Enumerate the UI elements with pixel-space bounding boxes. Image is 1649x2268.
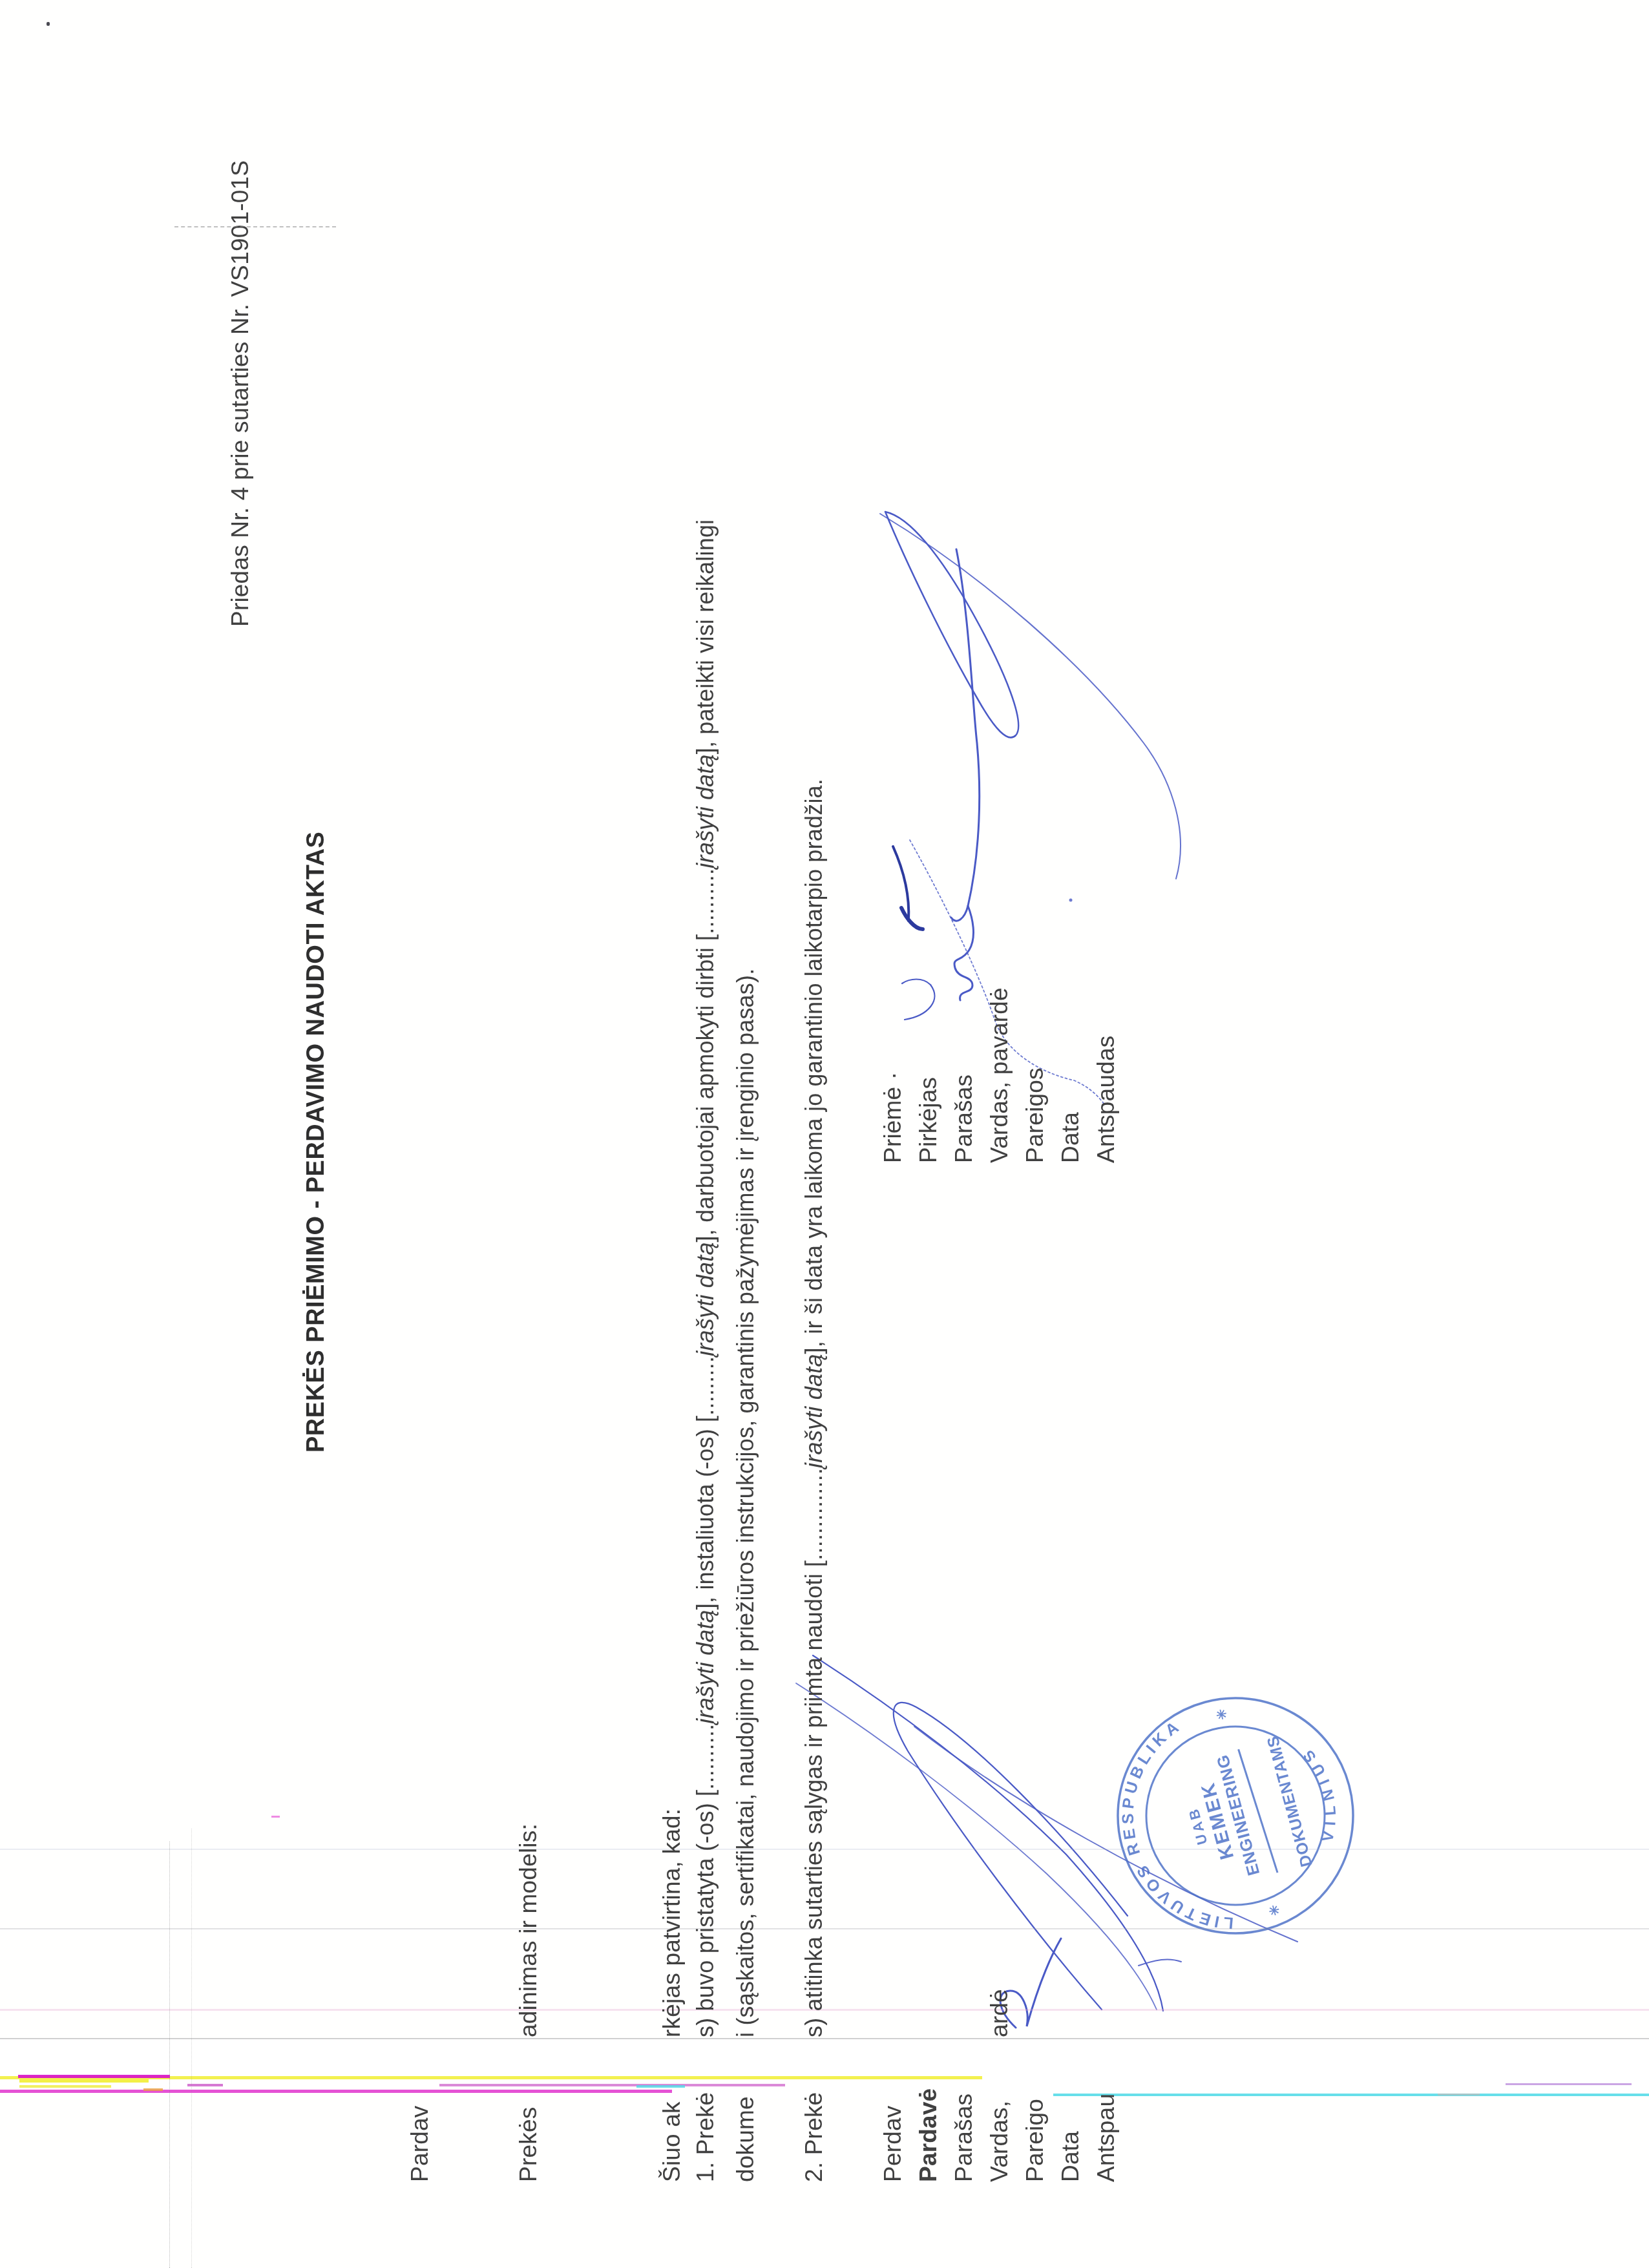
stamp-divider-line: [1239, 1748, 1277, 1874]
seller-signature: [796, 1655, 1297, 2028]
seller-label-6: Antspau: [1093, 2094, 1120, 2182]
seller-label-0: Perdav: [879, 2106, 907, 2182]
buyer-label-1: Pirkėjas: [915, 1077, 943, 1163]
document-line-confirmation-rest: rkėjas patvirtina, kad:: [658, 1809, 686, 2037]
stamp-ring-text-top: LIETUVOS RESPUBLIKA: [1109, 1715, 1239, 1942]
text-segment: i (sąskaitos, sertifikatai, naudojimo ir…: [732, 969, 759, 2037]
stamp-purpose-text: DOKUMENTAMS: [1263, 1734, 1316, 1869]
stamp-star-left: ✳: [1266, 1903, 1283, 1917]
scan-artifact-magenta-speck: [271, 1816, 280, 1818]
document-line-seller-name-start: Pardav: [406, 2106, 434, 2182]
stamp-inner-circle: [1126, 1706, 1345, 1925]
text-segment: įrašyti datą: [692, 754, 719, 868]
text-segment: ], pateikti visi reikalingi: [692, 520, 719, 755]
document-title: PREKĖS PRIĖMIMO - PERDAVIMO NAUDOTI AKTA…: [302, 832, 331, 1453]
text-segment: rkėjas patvirtina, kad:: [658, 1809, 685, 2037]
attachment-reference: Priedas Nr. 4 prie sutarties Nr. VS1901-…: [227, 160, 255, 627]
scan-artifact-dashes: [174, 226, 336, 227]
text-segment: įrašyti datą: [692, 1610, 719, 1723]
seller-label-2: Parašas: [951, 2094, 978, 2182]
buyer-label-2: Parašas: [951, 1075, 978, 1163]
document-line-clause-2-start: 2. Prekė: [801, 2092, 828, 2182]
page-rotation-wrapper: Priedas Nr. 4 prie sutarties Nr. VS1901-…: [0, 0, 1649, 2268]
text-segment: s) atitinka sutarties sąlygas ir priimta…: [801, 1468, 827, 2037]
document-line-clause-1-cont-rest: i (sąskaitos, sertifikatai, naudojimo ir…: [732, 969, 759, 2037]
document-line-clause-1-start: 1. Prekė: [692, 2092, 720, 2182]
scanned-document-page: Priedas Nr. 4 prie sutarties Nr. VS1901-…: [0, 0, 1649, 2268]
stamp-company-type: UAB: [1185, 1805, 1211, 1847]
text-segment: įrašyti datą: [692, 1242, 719, 1356]
text-segment: ], ir ši data yra laikoma jo garantinio …: [801, 779, 827, 1354]
document-line-clause-2-rest: s) atitinka sutarties sąlygas ir priimta…: [801, 779, 827, 2037]
seller-label-1: Pardavė: [915, 2088, 943, 2182]
buyer-signature: [880, 512, 1181, 1105]
seller-label-4: Pareigo: [1022, 2099, 1049, 2182]
buyer-label-5: Data: [1057, 1112, 1085, 1163]
buyer-label-4: Pareigos: [1022, 1067, 1049, 1163]
text-segment: įrašyti datą: [801, 1354, 827, 1467]
scan-speck: [47, 22, 50, 26]
scan-dropout-band: [0, 2037, 1649, 2098]
document-line-product-model-start: Prekės: [515, 2107, 543, 2182]
stamp-star-right: ✳: [1214, 1707, 1231, 1721]
document-line-confirmation-start: Šiuo ak: [658, 2101, 686, 2182]
seller-label-cont-3: ardė: [986, 1989, 1014, 2037]
seller-label-3: Vardas,: [986, 2101, 1014, 2182]
text-segment: s) buvo pristatyta (-os) [..........: [692, 1724, 719, 2037]
stamp-ring-text-bottom: VILNIUS: [1294, 1738, 1350, 1847]
document-line-product-model-rest: adinimas ir modelis:: [515, 1823, 543, 2037]
buyer-label-0: Priėmė ·: [879, 1072, 907, 1163]
text-segment: ], darbuotojai apmokyti dirbti [........…: [692, 868, 719, 1243]
stamp-outer-circle: [1109, 1690, 1361, 1942]
stamp-company-name2: ENGINEERING: [1212, 1752, 1263, 1878]
buyer-label-3: Vardas, pavardė: [986, 987, 1014, 1163]
stamp-company-name: KEMEK: [1197, 1780, 1239, 1862]
document-line-clause-1-rest: s) buvo pristatyta (-os) [..........įraš…: [692, 520, 719, 2037]
text-segment: ], instaliuota (-os) [.........: [692, 1356, 719, 1610]
buyer-label-6: Antspaudas: [1093, 1036, 1120, 1163]
seller-label-5: Data: [1057, 2131, 1085, 2182]
text-segment: adinimas ir modelis:: [515, 1823, 541, 2037]
company-stamp: LIETUVOS RESPUBLIKA VILNIUS ✳ ✳ UAB KEME…: [1109, 1690, 1361, 1942]
document-line-clause-1-cont-start: dokume: [732, 2096, 760, 2182]
